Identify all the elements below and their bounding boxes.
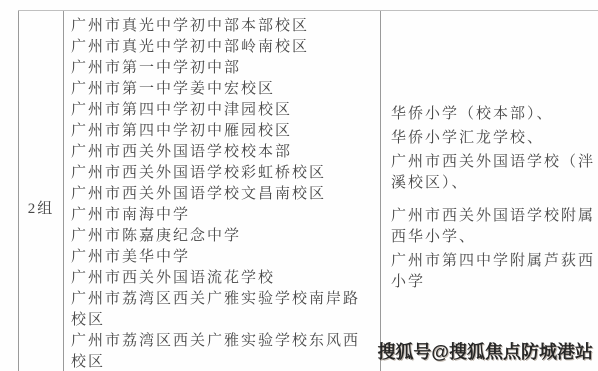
middle-school-name: 广州市真光中学初中部岭南校区 (71, 37, 371, 58)
middle-school-name: 广州市第一中学姜中宏校区 (71, 79, 371, 100)
primary-schools-cell: 华侨小学（校本部）、华侨小学汇龙学校、广州市西关外国语学校（泮溪校区）、广州市西… (381, 11, 598, 371)
middle-school-name: 广州市陈嘉庚纪念中学 (71, 226, 371, 247)
middle-school-name: 广州市第一中学初中部 (71, 58, 371, 79)
group-label-cell: 2组 (18, 11, 64, 371)
document-page: 2组 广州市真光中学初中部本部校区广州市真光中学初中部岭南校区广州市第一中学初中… (0, 0, 598, 371)
middle-school-name: 广州市荔湾区西关广雅实验学校东风西校区 (71, 331, 371, 371)
school-grouping-table: 2组 广州市真光中学初中部本部校区广州市真光中学初中部岭南校区广州市第一中学初中… (18, 10, 598, 371)
primary-school-name: 广州市西关外国语学校（泮溪校区）、 (391, 152, 597, 194)
middle-school-name: 广州市第四中学初中津园校区 (71, 100, 371, 121)
primary-school-name: 广州市西关外国语学校附属西华小学、 (391, 206, 597, 248)
middle-school-name: 广州市美华中学 (71, 247, 371, 268)
middle-schools-cell: 广州市真光中学初中部本部校区广州市真光中学初中部岭南校区广州市第一中学初中部广州… (64, 11, 381, 371)
primary-school-name: 华侨小学（校本部）、 (391, 104, 597, 125)
primary-school-name: 广州市第四中学附属芦荻西小学 (391, 251, 597, 293)
group-label: 2组 (28, 201, 55, 217)
middle-school-name: 广州市西关外国语学校校本部 (71, 142, 371, 163)
watermark: 搜狐号@搜狐焦点防城港站 (377, 338, 593, 364)
middle-school-name: 广州市西关外国语流花学校 (71, 268, 371, 289)
middle-school-name: 广州市西关外国语学校彩虹桥校区 (71, 163, 371, 184)
middle-school-name: 广州市南海中学 (71, 205, 371, 226)
middle-school-name: 广州市西关外国语学校文昌南校区 (71, 184, 371, 205)
middle-school-name: 广州市荔湾区西关广雅实验学校南岸路校区 (71, 289, 371, 331)
primary-school-name: 华侨小学汇龙学校、 (391, 128, 597, 149)
middle-school-name: 广州市第四中学初中雁园校区 (71, 121, 371, 142)
middle-school-name: 广州市真光中学初中部本部校区 (71, 16, 371, 37)
